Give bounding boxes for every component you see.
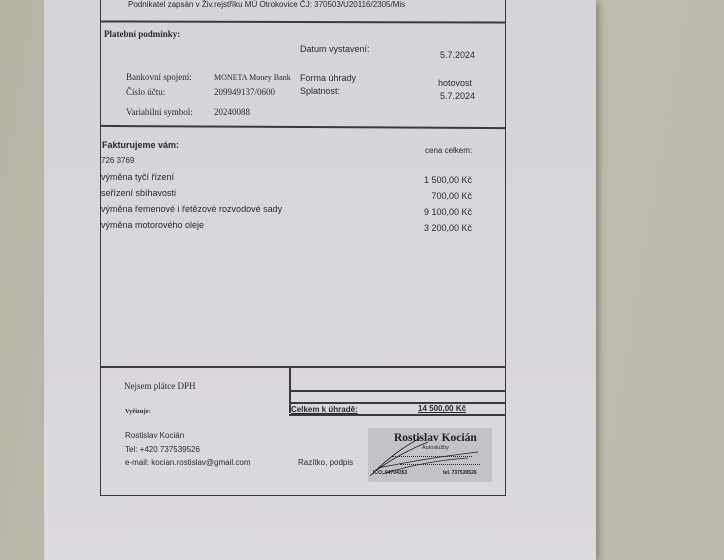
price-header: cena celkem: (425, 146, 472, 155)
variable-symbol-value: 20240088 (214, 107, 250, 117)
summary-line (289, 414, 505, 416)
summary-line (289, 390, 505, 392)
due-date-value: 5.7.2024 (440, 91, 475, 101)
payment-terms-title: Platební podmínky: (104, 29, 180, 39)
vat-note: Nejsem plátce DPH (124, 381, 195, 391)
item-price: 3 200,00 Kč (400, 223, 472, 233)
total-value: 14 500,00 Kč (418, 404, 466, 413)
due-date-label: Splatnost: (300, 86, 340, 96)
payment-method-label: Forma úhrady (300, 73, 356, 83)
variable-symbol-label: Variabilní symbol: (126, 107, 193, 117)
registry-note: Podnikatel zapsán v Živ.rejstříku MÚ Otr… (128, 0, 405, 9)
items-title: Fakturujeme vám: (102, 140, 179, 150)
issue-date-value: 5.7.2024 (440, 50, 475, 60)
item-price: 1 500,00 Kč (400, 175, 472, 185)
item-description: výměna tyčí řízení (101, 172, 174, 182)
item-price: 9 100,00 Kč (400, 207, 472, 217)
signature-icon (368, 428, 492, 482)
item-description: seřízení sbíhavosti (101, 188, 176, 198)
stamp-label: Razítko, podpis (298, 458, 353, 467)
total-label: Celkem k úhradě: (291, 405, 358, 414)
account-value: 209949137/0600 (214, 87, 275, 97)
item-price: 700,00 Kč (400, 191, 472, 201)
payment-method-value: hotovost (438, 78, 472, 88)
divider (100, 366, 506, 368)
contact-email[interactable]: e-mail: kocian.rostislav@gmail.com (125, 458, 251, 467)
summary-line (289, 402, 505, 404)
bank-value: MONETA Money Bank (214, 73, 291, 82)
issue-date-label: Datum vystavení: (300, 44, 370, 54)
reference-number: 726 3769 (101, 156, 134, 165)
item-description: výměna motorového oleje (101, 220, 204, 230)
issued-by-label: Vyřizuje: (125, 408, 151, 415)
contact-name: Rostislav Kocián (125, 431, 184, 440)
bank-label: Bankovní spojení: (126, 72, 192, 82)
account-label: Číslo účtu: (126, 87, 165, 97)
contact-phone: Tel: +420 737539526 (125, 445, 200, 454)
item-description: výměna řemenové i řetězové rozvodové sad… (101, 204, 282, 214)
